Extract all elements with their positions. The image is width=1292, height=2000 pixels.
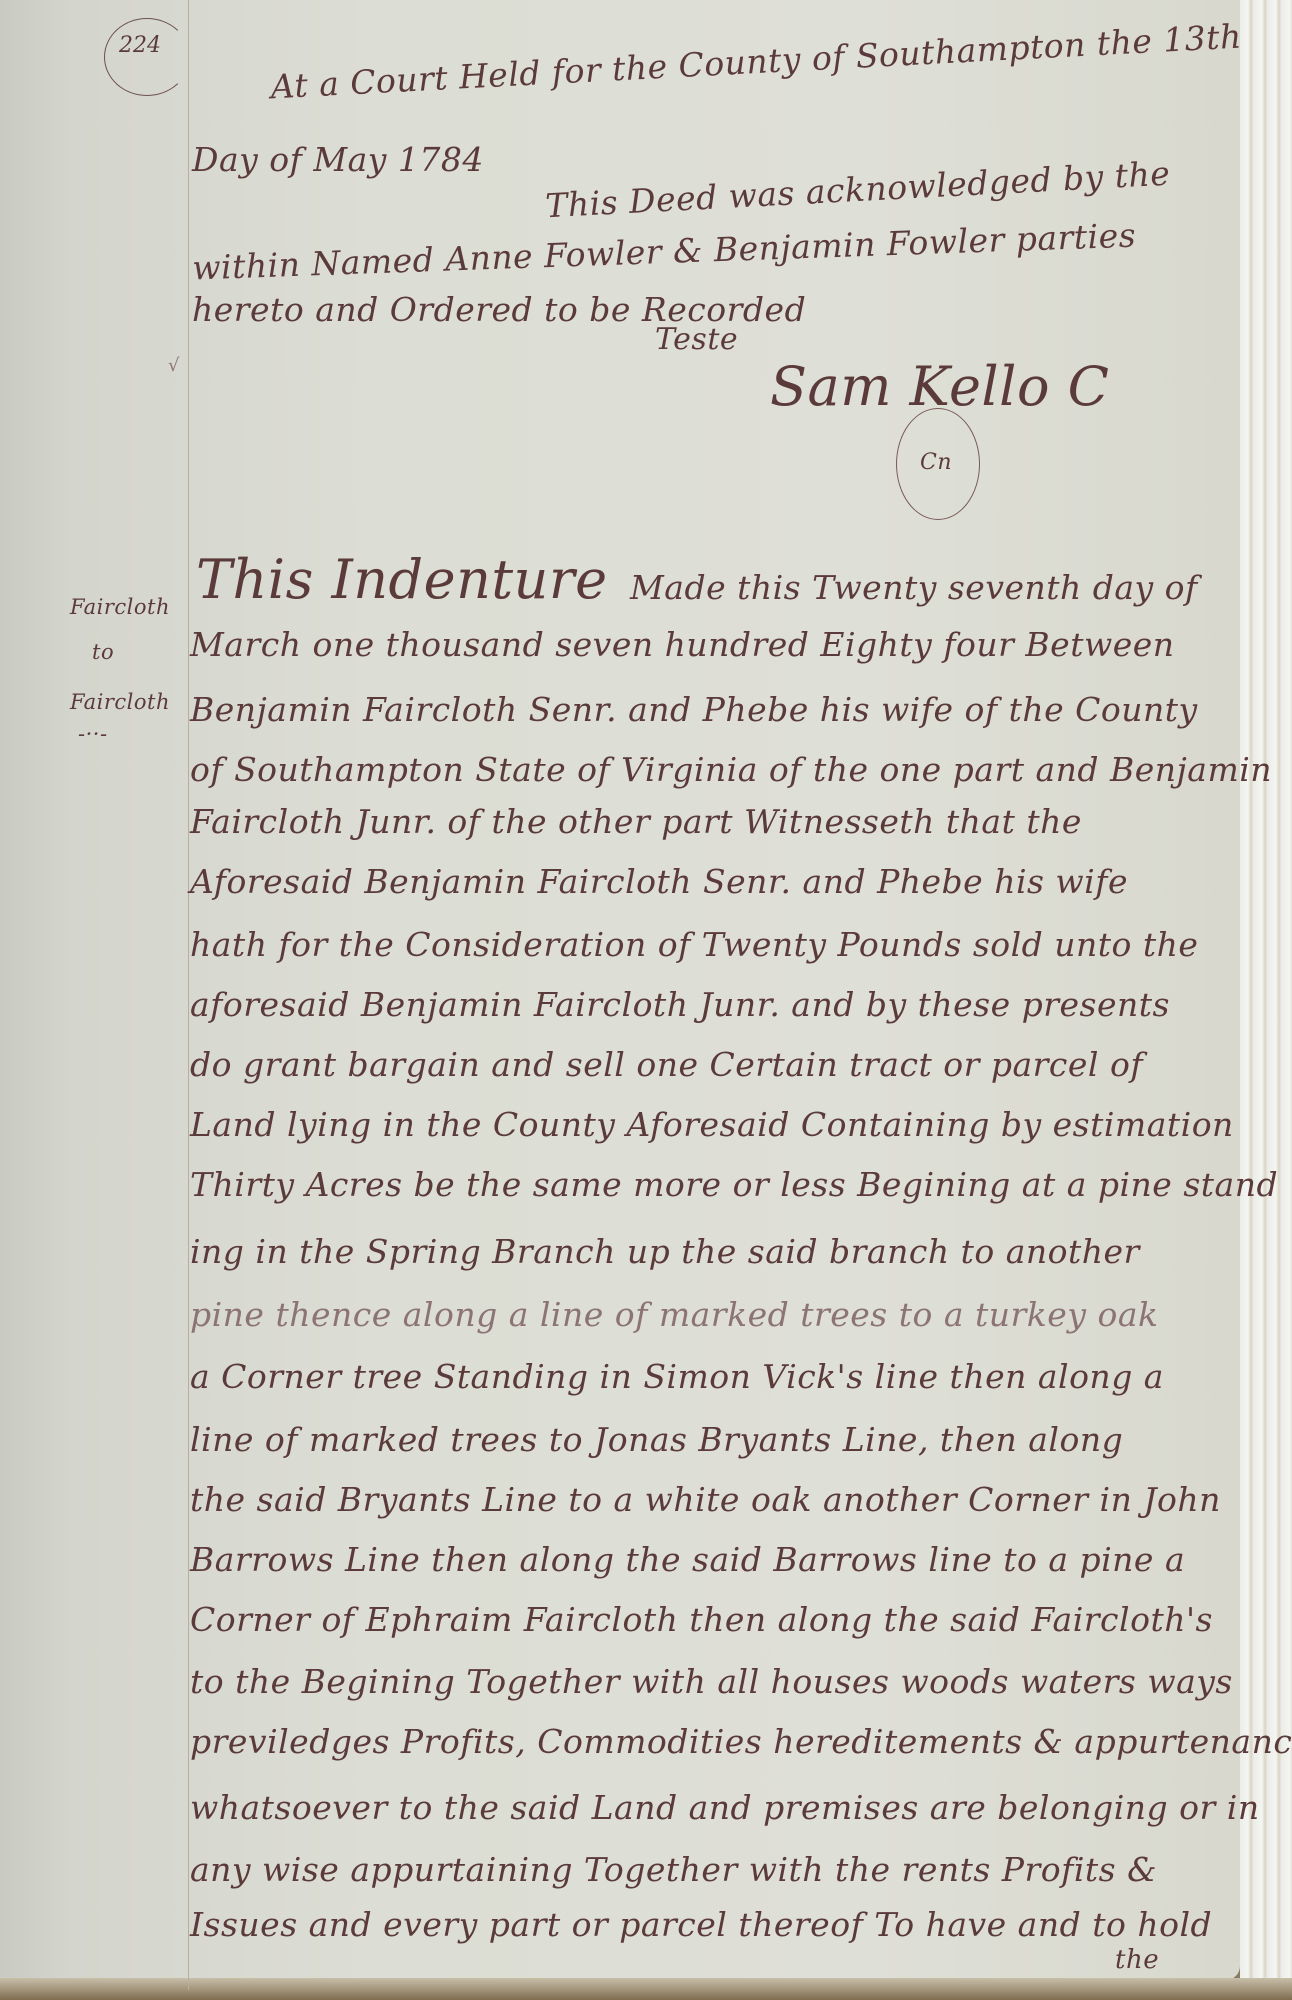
indenture-line: Land lying in the County Aforesaid Conta… xyxy=(190,1105,1234,1144)
indenture-line: of Southampton State of Virginia of the … xyxy=(190,750,1272,789)
indenture-line: Thirty Acres be the same more or less Be… xyxy=(190,1165,1278,1204)
certificate-line-2: Day of May 1784 xyxy=(192,140,484,179)
margin-grantor: Faircloth xyxy=(70,595,170,619)
indenture-line: hath for the Consideration of Twenty Pou… xyxy=(190,925,1198,964)
indenture-line: to the Begining Together with all houses… xyxy=(190,1662,1233,1701)
indenture-line: a Corner tree Standing in Simon Vick's l… xyxy=(190,1357,1164,1396)
indenture-line: aforesaid Benjamin Faircloth Junr. and b… xyxy=(190,985,1170,1024)
indenture-line: Made this Twenty seventh day of xyxy=(630,568,1198,607)
indenture-line: do grant bargain and sell one Certain tr… xyxy=(190,1045,1143,1084)
teste-label: Teste xyxy=(655,322,738,357)
indenture-line: Aforesaid Benjamin Faircloth Senr. and P… xyxy=(190,862,1128,901)
margin-grantee: Faircloth xyxy=(70,690,170,714)
indenture-line: Issues and every part or parcel thereof … xyxy=(190,1905,1212,1944)
margin-dash: -··- xyxy=(78,722,108,746)
signature-sub: Cn xyxy=(920,450,952,475)
page-edges xyxy=(1240,0,1292,1990)
margin-connector: to xyxy=(92,640,114,664)
indenture-line: line of marked trees to Jonas Bryants Li… xyxy=(190,1420,1123,1459)
indenture-line: pine thence along a line of marked trees… xyxy=(190,1295,1159,1334)
book-binding xyxy=(0,1978,1292,2000)
indenture-line: Benjamin Faircloth Senr. and Phebe his w… xyxy=(190,690,1198,729)
indenture-heading: This Indenture xyxy=(196,548,608,611)
indenture-line: Corner of Ephraim Faircloth then along t… xyxy=(190,1600,1213,1639)
catchword: the xyxy=(1115,1945,1159,1975)
indenture-line: ing in the Spring Branch up the said bra… xyxy=(190,1232,1140,1271)
indenture-line: whatsoever to the said Land and premises… xyxy=(190,1788,1260,1827)
indenture-line: Faircloth Junr. of the other part Witnes… xyxy=(190,802,1082,841)
indenture-line: any wise appurtaining Together with the … xyxy=(190,1850,1157,1889)
indenture-line: March one thousand seven hundred Eighty … xyxy=(190,625,1175,664)
margin-rule xyxy=(188,0,189,1990)
page-number: 224 xyxy=(104,18,190,96)
indenture-line: previledges Profits, Commodities heredit… xyxy=(190,1722,1292,1761)
indenture-line: Barrows Line then along the said Barrows… xyxy=(190,1540,1185,1579)
check-mark: √ xyxy=(168,355,180,376)
indenture-line: the said Bryants Line to a white oak ano… xyxy=(190,1480,1221,1519)
